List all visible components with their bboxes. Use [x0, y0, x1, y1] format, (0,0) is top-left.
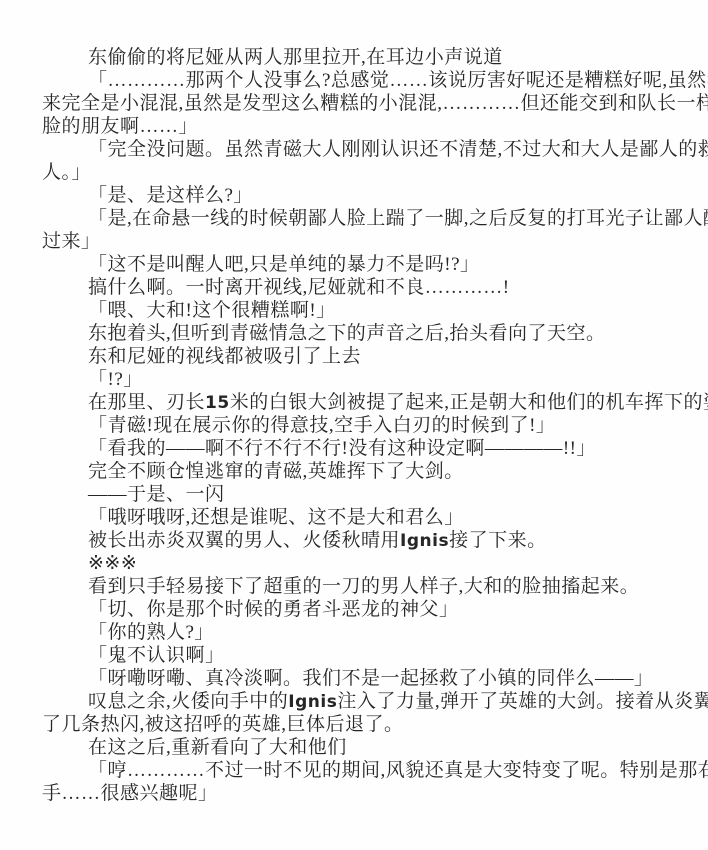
- text-line: 「你的熟人?」: [42, 621, 668, 644]
- text-line: 「哼…………不过一时不见的期间,风貌还真是大变特变了呢。特别是那右: [42, 759, 668, 782]
- text-line: 「是、是这样么?」: [42, 184, 668, 207]
- text-line: 了几条热闪,被这招呼的英雄,巨体后退了。: [42, 713, 668, 736]
- text-line: 在这之后,重新看向了大和他们: [42, 736, 668, 759]
- text-line: 「看我的——啊不行不行不行!没有这种设定啊————!!」: [42, 437, 668, 460]
- text-line: 东偷偷的将尼娅从两人那里拉开,在耳边小声说道: [42, 46, 668, 69]
- text-line: ——于是、一闪: [42, 483, 668, 506]
- text-line: 人。」: [42, 161, 668, 184]
- text-line: 过来」: [42, 230, 668, 253]
- text-line: 「!?」: [42, 368, 668, 391]
- text-line: 「这不是叫醒人吧,只是单纯的暴力不是吗!?」: [42, 253, 668, 276]
- text-line: 「…………那两个人没事么?总感觉……该说厉害好呢还是糟糕好呢,虽然看起: [42, 69, 668, 92]
- text-line: 「喂、大和!这个很糟糕啊!」: [42, 299, 668, 322]
- text-line: 「切、你是那个时候的勇者斗恶龙的神父」: [42, 598, 668, 621]
- document-page: 东偷偷的将尼娅从两人那里拉开,在耳边小声说道 「…………那两个人没事么?总感觉……: [0, 0, 708, 850]
- text-line: 搞什么啊。一时离开视线,尼娅就和不良…………!: [42, 276, 668, 299]
- text-line: 在那里、刃长15米的白银大剑被提了起来,正是朝大和他们的机车挥下的姿势。: [42, 391, 668, 414]
- text-line: 被长出赤炎双翼的男人、火倭秋晴用Ignis接了下来。: [42, 529, 668, 552]
- text-line: 看到只手轻易接下了超重的一刀的男人样子,大和的脸抽搐起来。: [42, 575, 668, 598]
- text-line: 「完全没问题。虽然青磁大人刚刚认识还不清楚,不过大和大人是鄙人的救命恩: [42, 138, 668, 161]
- text-line: 「哦呀哦呀,还想是谁呢、这不是大和君么」: [42, 506, 668, 529]
- text-line: 「呀嘞呀嘞、真冷淡啊。我们不是一起拯救了小镇的同伴么——」: [42, 667, 668, 690]
- text-line: 「是,在命悬一线的时候朝鄙人脸上踹了一脚,之后反复的打耳光子让鄙人醒了: [42, 207, 668, 230]
- text-line: 完全不顾仓惶逃窜的青磁,英雄挥下了大剑。: [42, 460, 668, 483]
- text-line: 东和尼娅的视线都被吸引了上去: [42, 345, 668, 368]
- text-line: 东抱着头,但听到青磁情急之下的声音之后,抬头看向了天空。: [42, 322, 668, 345]
- text-line: 来完全是小混混,虽然是发型这么糟糕的小混混,…………但还能交到和队长一样嘴: [42, 92, 668, 115]
- section-divider: ※※※: [42, 552, 668, 575]
- text-line: 「青磁!现在展示你的得意技,空手入白刃的时候到了!」: [42, 414, 668, 437]
- text-line: 叹息之余,火倭向手中的Ignis注入了力量,弹开了英雄的大剑。接着从炎翼发出: [42, 690, 668, 713]
- text-line: 「鬼不认识啊」: [42, 644, 668, 667]
- text-line: 手……很感兴趣呢」: [42, 782, 668, 805]
- text-line: 脸的朋友啊……」: [42, 115, 668, 138]
